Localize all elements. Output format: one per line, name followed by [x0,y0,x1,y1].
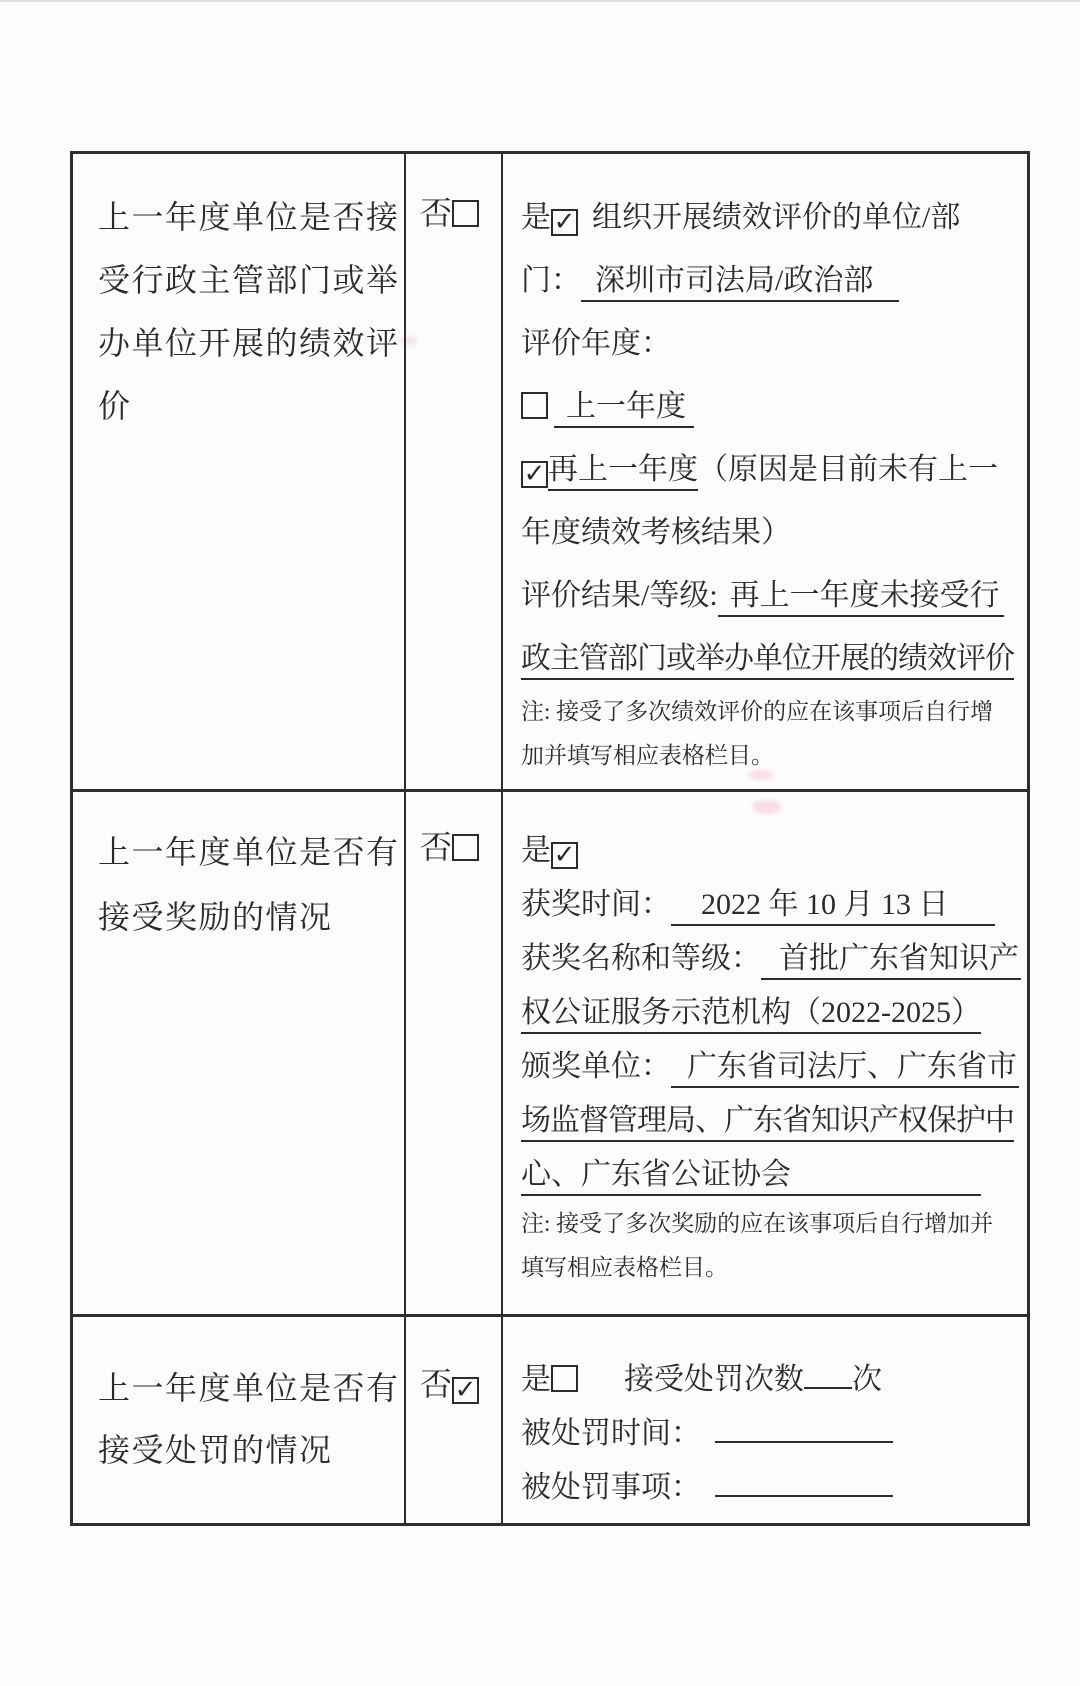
penalty-count-field[interactable] [804,1359,852,1389]
answer-line: 是接受处罚次数次 [521,1353,1027,1407]
penalty-matter-label: 被处罚事项： [521,1471,701,1504]
option-prev-year-label: 上一年度 [554,390,694,428]
answer-line: 颁奖单位：广东省司法厅、广东省市 [521,1040,1027,1094]
award-issuer-label: 颁奖单位： [521,1050,671,1083]
option-year-before-label: 再上一年度 [548,453,698,491]
question-text: 办单位开展的绩效评 [98,312,404,375]
award-name-value[interactable]: 首批广东省知识产 [761,942,1021,980]
table-row-penalties: 上一年度单位是否有 接受处罚的情况 否✓ 是接受处罚次数次 被处罚时间： 被处罚… [73,1317,1027,1523]
answer-line: 被处罚事项： [521,1461,1027,1515]
evaluation-result-value[interactable]: 再上一年度未接受行 [718,579,1004,617]
question-text: 上一年度单位是否有 [98,1357,404,1419]
yes-checkbox[interactable]: ✓ [551,842,578,869]
question-text: 上一年度单位是否接 [98,186,404,249]
penalty-date-label: 被处罚时间： [521,1417,701,1450]
yes-label: 是 [521,201,551,234]
note-text: 注: 接受了多次绩效评价的应在该事项后自行增 [521,690,1027,734]
question-text: 上一年度单位是否有 [98,820,404,885]
answer-line: 场监督管理局、广东省知识产权保护中 [521,1094,1027,1148]
yes-answer-cell: 是✓ 获奖时间：2022 年 10 月 13 日 获奖名称和等级：首批广东省知识… [503,792,1027,1314]
answer-line: 政主管部门或举办单位开展的绩效评价 [521,627,1027,690]
no-label: 否 [420,1366,452,1402]
penalty-count-label: 接受处罚次数 [624,1363,804,1396]
answer-line: 权公证服务示范机构（2022-2025） [521,986,1027,1040]
award-name-value-wrap[interactable]: 权公证服务示范机构（2022-2025） [521,996,981,1034]
question-text: 接受奖励的情况 [98,885,404,950]
annual-report-table: 上一年度单位是否接 受行政主管部门或举 办单位开展的绩效评 价 否 是✓组织开展… [70,151,1030,1526]
evaluating-unit-label: 组织开展绩效评价的单位/部 [592,201,960,234]
award-date-value[interactable]: 2022 年 10 月 13 日 [671,888,995,926]
answer-line: 门：深圳市司法局/政治部 [521,249,1027,312]
award-issuer-value-wrap[interactable]: 场监督管理局、广东省知识产权保护中 [521,1104,1014,1142]
no-checkbox[interactable]: ✓ [452,1377,479,1404]
award-name-label: 获奖名称和等级： [521,942,761,975]
evaluating-unit-value[interactable]: 深圳市司法局/政治部 [581,264,899,302]
table-row-performance-evaluation: 上一年度单位是否接 受行政主管部门或举 办单位开展的绩效评 价 否 是✓组织开展… [73,154,1027,792]
yes-label: 是 [521,1363,551,1396]
yes-answer-cell: 是接受处罚次数次 被处罚时间： 被处罚事项： [503,1317,1027,1523]
answer-line: 年度绩效考核结果） [521,501,1027,564]
evaluation-year-label: 评价年度： [521,327,671,360]
no-option-cell: 否 [406,792,503,1314]
option-prev-year-checkbox[interactable] [521,392,548,419]
question-cell-evaluation: 上一年度单位是否接 受行政主管部门或举 办单位开展的绩效评 价 [73,154,406,789]
penalty-date-field[interactable] [715,1413,893,1443]
question-cell-penalties: 上一年度单位是否有 接受处罚的情况 [73,1317,406,1523]
table-row-awards: 上一年度单位是否有 接受奖励的情况 否 是✓ 获奖时间：2022 年 10 月 … [73,792,1027,1317]
note-text: 注: 接受了多次奖励的应在该事项后自行增加并 [521,1202,1027,1246]
yes-checkbox[interactable]: ✓ [551,209,578,236]
answer-line: 被处罚时间： [521,1407,1027,1461]
option-reason-text-wrap: 年度绩效考核结果） [521,516,791,549]
penalty-matter-field[interactable] [715,1467,893,1497]
option-year-before-checkbox[interactable]: ✓ [521,461,548,488]
answer-line: 评价结果/等级:再上一年度未接受行 [521,564,1027,627]
no-checkbox[interactable] [452,834,479,861]
yes-checkbox[interactable] [551,1365,578,1392]
no-label: 否 [420,195,452,231]
evaluating-unit-label-wrap: 门： [521,264,581,297]
question-text: 受行政主管部门或举 [98,249,404,312]
yes-label: 是 [521,834,551,867]
scan-top-edge [0,0,1080,2]
answer-line: 获奖时间：2022 年 10 月 13 日 [521,878,1027,932]
question-cell-awards: 上一年度单位是否有 接受奖励的情况 [73,792,406,1314]
note-text: 加并填写相应表格栏目。 [521,734,1027,778]
no-option-cell: 否✓ [406,1317,503,1523]
evaluation-result-label: 评价结果/等级: [521,579,718,612]
award-issuer-value-wrap[interactable]: 心、广东省公证协会 [521,1158,981,1196]
question-text: 接受处罚的情况 [98,1419,404,1481]
answer-line: 是✓ [521,824,1027,878]
no-checkbox[interactable] [452,200,479,227]
answer-line: 获奖名称和等级：首批广东省知识产 [521,932,1027,986]
award-date-label: 获奖时间： [521,888,671,921]
no-label: 否 [420,829,452,865]
answer-line: 上一年度 [521,375,1027,438]
option-reason-text: （原因是目前未有上一 [698,453,998,486]
no-option-cell: 否 [406,154,503,789]
penalty-count-suffix: 次 [852,1363,882,1396]
answer-line: ✓再上一年度（原因是目前未有上一 [521,438,1027,501]
question-text: 价 [98,375,404,438]
award-issuer-value[interactable]: 广东省司法厅、广东省市 [671,1050,1019,1088]
answer-line: 是✓组织开展绩效评价的单位/部 [521,186,1027,249]
yes-answer-cell: 是✓组织开展绩效评价的单位/部 门：深圳市司法局/政治部 评价年度： 上一年度 … [503,154,1027,789]
answer-line: 心、广东省公证协会 [521,1148,1027,1202]
note-text: 填写相应表格栏目。 [521,1246,1027,1290]
answer-line: 评价年度： [521,312,1027,375]
scanned-form-page: 上一年度单位是否接 受行政主管部门或举 办单位开展的绩效评 价 否 是✓组织开展… [0,0,1080,1686]
evaluation-result-value-wrap[interactable]: 政主管部门或举办单位开展的绩效评价 [521,642,1014,680]
